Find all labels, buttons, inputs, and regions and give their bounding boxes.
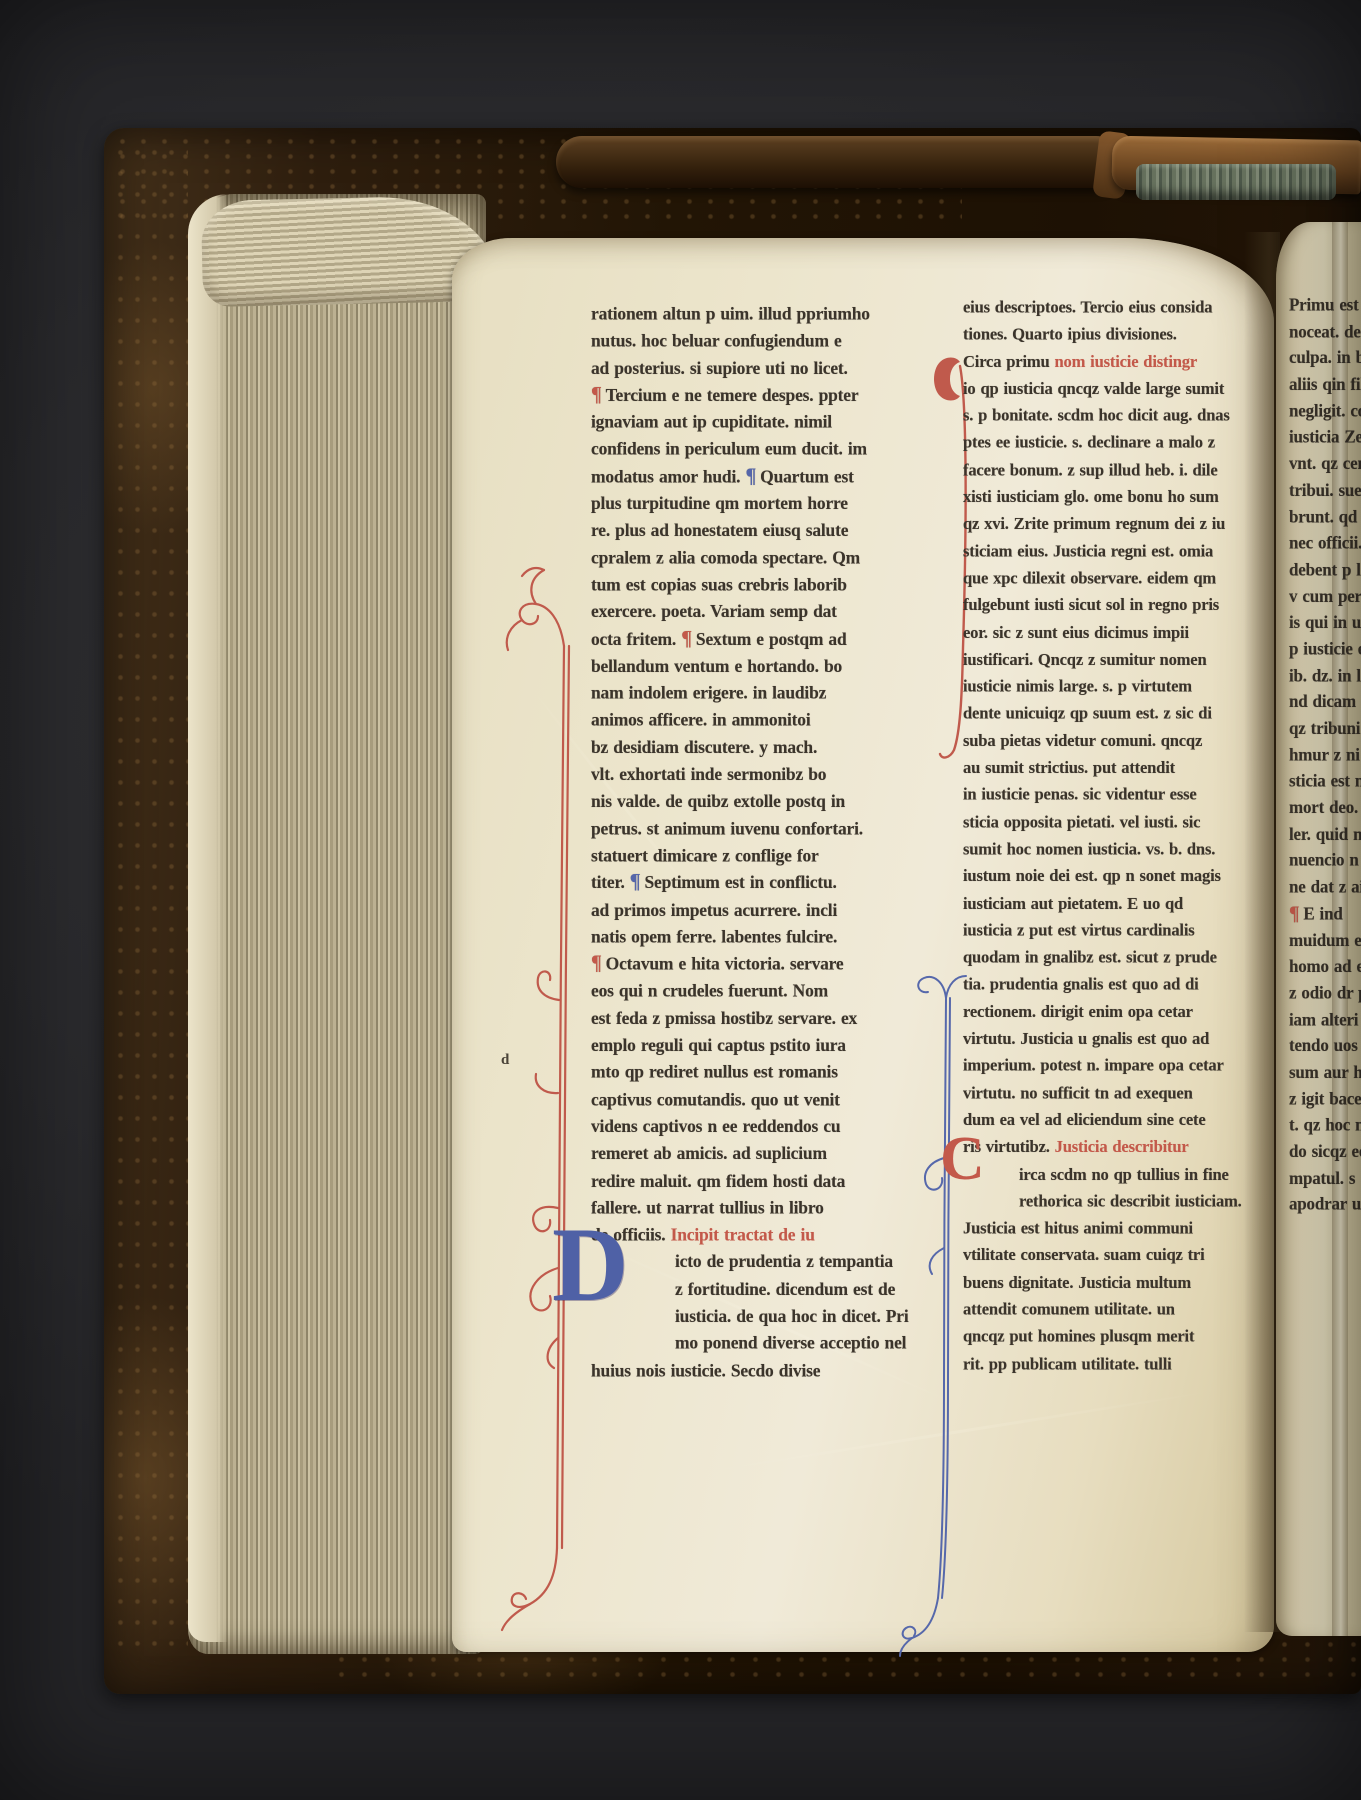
text-column-sliver: Primu est bnoceat. demculpa. in boaliis …: [1289, 292, 1361, 1218]
manuscript-line: statuert dimicare z conflige for: [591, 842, 943, 869]
text-segment: E ind: [1303, 904, 1342, 924]
text-segment: ler. quid n: [1289, 824, 1361, 844]
manuscript-line: emplo reguli qui captus pstito iura: [591, 1031, 943, 1058]
text-segment: noceat. dem: [1289, 322, 1361, 342]
manuscript-line: iusticia Ze: [1289, 424, 1361, 450]
text-segment: rit. pp publicam utilitate. tulli: [963, 1353, 1172, 1373]
manuscript-line: ad posterius. si supiore uti no licet.: [591, 354, 943, 381]
text-segment: nuencio n: [1289, 851, 1359, 871]
text-segment: Justicia est hitus animi communi: [963, 1218, 1193, 1238]
manuscript-line: do sicqz eo: [1289, 1139, 1361, 1165]
text-segment: Sextum e postqm ad: [696, 628, 847, 649]
manuscript-line: fulgebunt iusti sicut sol in regno pris: [963, 592, 1263, 619]
manuscript-line: io qp iusticia qncqz valde large sumit: [963, 375, 1263, 402]
manuscript-line: rethorica sic describit iusticiam.: [963, 1188, 1263, 1215]
text-segment: vtilitate conservata. suam cuiqz tri: [963, 1245, 1205, 1265]
text-segment: cpralem z alia comoda spectare. Qm: [591, 547, 860, 568]
text-segment: re. plus ad honestatem eiusq salute: [591, 520, 848, 541]
manuscript-line: suba pietas videtur comuni. qncqz: [963, 727, 1263, 754]
text-segment: nom iusticie distingr: [1054, 351, 1197, 371]
text-segment: eius descriptoes. Tercio eius consida: [963, 297, 1212, 317]
text-segment: dente unicuiqz qp suum est. z sic di: [963, 703, 1212, 723]
text-segment: nd dicam e: [1289, 692, 1361, 712]
text-segment: animos afficere. in ammonitoi: [591, 709, 811, 730]
text-segment: is qui in ur: [1289, 613, 1361, 633]
manuscript-line: tia. prudentia gnalis est quo ad di: [963, 971, 1263, 998]
text-segment: exercere. poeta. Variam semp dat: [591, 601, 837, 622]
text-segment: iusticiam aut pietatem. E uo qd: [963, 893, 1183, 913]
manuscript-line: attendit comunem utilitate. un: [963, 1296, 1263, 1323]
text-segment: z igit bace: [1289, 1089, 1361, 1109]
text-segment: imperium. potest n. impare opa cetar: [963, 1055, 1224, 1075]
manuscript-line: remeret ab amicis. ad suplicium: [591, 1140, 943, 1167]
manuscript-line: homo ad e: [1289, 953, 1361, 979]
text-segment: ¶: [745, 465, 760, 488]
text-segment: sum aur h: [1289, 1062, 1361, 1082]
text-segment: ad primos impetus acurrere. incli: [591, 899, 837, 920]
manuscript-line: dum ea vel ad eliciendum sine cete: [963, 1107, 1263, 1134]
text-segment: tiones. Quarto ipius divisiones.: [963, 324, 1177, 344]
text-segment: confidens in periculum eum ducit. im: [591, 439, 867, 460]
text-segment: ¶: [591, 383, 606, 406]
manuscript-line: debent p la: [1289, 557, 1361, 583]
manuscript-line: irca scdm no qp tullius in fine: [963, 1161, 1263, 1188]
text-segment: z fortitudine. dicendum est de: [675, 1278, 895, 1299]
text-column-a: rationem altun p uim. illud ppriumhonutu…: [591, 300, 943, 1383]
manuscript-line: captivus comutandis. quo ut venit: [591, 1085, 943, 1112]
manuscript-line: tiones. Quarto ipius divisiones.: [963, 321, 1263, 348]
manuscript-line: aliis qin fil: [1289, 371, 1361, 397]
text-segment: eor. sic z sunt eius dicimus impii: [963, 622, 1189, 642]
manuscript-line: sticiam eius. Justicia regni est. omia: [963, 538, 1263, 565]
manuscript-line: z odio dr p: [1289, 980, 1361, 1006]
manuscript-line: z igit bace: [1289, 1086, 1361, 1112]
text-segment: emplo reguli qui captus pstito iura: [591, 1034, 846, 1055]
manuscript-line: imperium. potest n. impare opa cetar: [963, 1052, 1263, 1079]
manuscript-line: qncqz put homines plusqm merit: [963, 1323, 1263, 1350]
text-segment: s. p bonitate. scdm hoc dicit aug. dnas: [963, 405, 1230, 425]
text-segment: iusticia. de qua hoc in dicet. Pri: [675, 1305, 909, 1326]
manuscript-line: tum est copias suas crebris laborib: [591, 571, 943, 598]
text-segment: xisti iusticiam glo. ome bonu ho sum: [963, 487, 1219, 507]
manuscript-line: vlt. exhortati inde sermonibz bo: [591, 760, 943, 787]
manuscript-line: iusticie nimis large. s. p virtutem: [963, 673, 1263, 700]
manuscript-line: eor. sic z sunt eius dicimus impii: [963, 619, 1263, 646]
text-segment: sticia opposita pietati. vel iusti. sic: [963, 812, 1200, 832]
text-segment: videns captivos n ee reddendos cu: [591, 1116, 840, 1137]
text-segment: qz xvi. Zrite primum regnum dei z iu: [963, 514, 1225, 534]
text-segment: suba pietas videtur comuni. qncqz: [963, 730, 1202, 750]
manuscript-line: culpa. in bo: [1289, 345, 1361, 371]
manuscript-line: t. qz hoc n: [1289, 1112, 1361, 1138]
text-segment: iusticia Ze: [1289, 427, 1361, 447]
text-segment: icto de prudentia z tempantia: [675, 1251, 893, 1272]
fanned-page-edges: [188, 194, 486, 1654]
manuscript-line: ib. dz. in l.: [1289, 662, 1361, 688]
text-segment: in iusticie penas. sic videntur esse: [963, 785, 1197, 805]
manuscript-line: apodrar u: [1289, 1192, 1361, 1218]
text-segment: iustum noie dei est. qp n sonet magis: [963, 866, 1221, 886]
text-segment: hmur z ni: [1289, 745, 1360, 765]
manuscript-line: mto qp rediret nullus est romanis: [591, 1058, 943, 1085]
text-segment: sticiam eius. Justicia regni est. omia: [963, 541, 1213, 561]
text-segment: p iusticie e: [1289, 639, 1361, 659]
text-segment: fulgebunt iusti sicut sol in regno pris: [963, 595, 1219, 615]
text-segment: mort deo. s: [1289, 798, 1361, 818]
text-segment: au sumit strictius. put attendit: [963, 758, 1175, 778]
manuscript-line: iusticiam aut pietatem. E uo qd: [963, 890, 1263, 917]
cover-tooling-left: [112, 142, 188, 1662]
manuscript-line: fallere. ut narrat tullius in libro: [591, 1194, 943, 1221]
text-segment: vlt. exhortati inde sermonibz bo: [591, 764, 826, 785]
manuscript-line: z fortitudine. dicendum est de: [591, 1275, 943, 1302]
manuscript-line: au sumit strictius. put attendit: [963, 754, 1263, 781]
text-segment: plus turpitudine qm mortem horre: [591, 493, 848, 514]
manuscript-line: octa fritem. ¶Sextum e postqm ad: [591, 625, 943, 652]
manuscript-line: icto de prudentia z tempantia: [591, 1248, 943, 1275]
manuscript-line: cpralem z alia comoda spectare. Qm: [591, 544, 943, 571]
text-segment: iam alteri: [1289, 1009, 1358, 1029]
manuscript-photo-scene: rationem altun p uim. illud ppriumhonutu…: [0, 0, 1361, 1800]
manuscript-line: iam alteri: [1289, 1006, 1361, 1032]
text-segment: ¶: [1289, 903, 1303, 925]
manuscript-line: modatus amor hudi. ¶Quartum est: [591, 463, 943, 490]
text-segment: octa fritem.: [591, 628, 681, 649]
text-segment: Incipit tractat de iu: [671, 1224, 815, 1245]
text-segment: Justicia describitur: [1055, 1137, 1189, 1157]
text-segment: iusticie nimis large. s. p virtutem: [963, 676, 1192, 696]
text-segment: redire maluit. qm fidem hosti data: [591, 1170, 845, 1191]
text-segment: huius nois iusticie. Secdo divise: [591, 1359, 820, 1380]
manuscript-line: exercere. poeta. Variam semp dat: [591, 598, 943, 625]
spine-roll-dark: [556, 136, 1122, 188]
text-segment: dum ea vel ad eliciendum sine cete: [963, 1110, 1206, 1130]
manuscript-line: mpatul. s: [1289, 1165, 1361, 1191]
manuscript-line: iusticia z put est virtus cardinalis: [963, 917, 1263, 944]
manuscript-line: sticia est n: [1289, 768, 1361, 794]
manuscript-line: natis opem ferre. labentes fulcire.: [591, 923, 943, 950]
text-column-b: eius descriptoes. Tercio eius considatio…: [963, 294, 1263, 1377]
manuscript-line: sticia opposita pietati. vel iusti. sic: [963, 809, 1263, 836]
manuscript-line: nam indolem erigere. in laudibz: [591, 679, 943, 706]
manuscript-line: buens dignitate. Justicia multum: [963, 1269, 1263, 1296]
text-segment: rationem altun p uim. illud ppriumho: [591, 303, 870, 324]
manuscript-line: nuencio n: [1289, 848, 1361, 874]
manuscript-line: nis valde. de quibz extolle postq in: [591, 788, 943, 815]
manuscript-line: muidum e: [1289, 927, 1361, 953]
manuscript-line: est feda z pmissa hostibz servare. ex: [591, 1004, 943, 1031]
text-segment: sticia est n: [1289, 771, 1361, 791]
manuscript-line: ne dat z ai: [1289, 874, 1361, 900]
text-segment: ¶: [681, 627, 696, 650]
text-segment: t. qz hoc n: [1289, 1115, 1361, 1135]
manuscript-line: negligit. co: [1289, 398, 1361, 424]
manuscript-line: ad primos impetus acurrere. incli: [591, 896, 943, 923]
manuscript-line: nec officii. s: [1289, 530, 1361, 556]
manuscript-line: facere bonum. z sup illud heb. i. dile: [963, 457, 1263, 484]
text-segment: est feda z pmissa hostibz servare. ex: [591, 1007, 857, 1028]
text-segment: Primu est b: [1289, 295, 1361, 315]
manuscript-line: ¶Octavum e hita victoria. servare: [591, 950, 943, 977]
text-segment: tia. prudentia gnalis est quo ad di: [963, 974, 1199, 994]
manuscript-line: petrus. st animum iuvenu confortari.: [591, 815, 943, 842]
manuscript-line: ignaviam aut ip cupiditate. nimil: [591, 408, 943, 435]
green-endband: [1136, 164, 1336, 200]
manuscript-line: de officiis. Incipit tractat de iu: [591, 1221, 943, 1248]
text-segment: ¶: [630, 871, 645, 894]
text-segment: titer.: [591, 872, 630, 893]
manuscript-line: virtutu. Justicia u gnalis est quo ad: [963, 1025, 1263, 1052]
manuscript-line: p iusticie e: [1289, 636, 1361, 662]
manuscript-line: titer. ¶Septimum est in conflictu.: [591, 869, 943, 896]
text-segment: nutus. hoc beluar confugiendum e: [591, 330, 842, 351]
text-segment: eos qui n crudeles fuerunt. Nom: [591, 980, 828, 1001]
manuscript-line: huius nois iusticie. Secdo divise: [591, 1356, 943, 1383]
manuscript-line: tendo uos: [1289, 1033, 1361, 1059]
text-segment: aliis qin fil: [1289, 374, 1361, 394]
manuscript-line: plus turpitudine qm mortem horre: [591, 490, 943, 517]
manuscript-line: rit. pp publicam utilitate. tulli: [963, 1350, 1263, 1377]
text-segment: Quartum est: [760, 466, 854, 487]
text-segment: remeret ab amicis. ad suplicium: [591, 1143, 827, 1164]
text-segment: qncqz put homines plusqm merit: [963, 1326, 1194, 1346]
text-segment: ptes ee iusticie. s. declinare a malo z: [963, 433, 1215, 453]
manuscript-line: eos qui n crudeles fuerunt. Nom: [591, 977, 943, 1004]
text-segment: tendo uos: [1289, 1036, 1358, 1056]
text-segment: quodam in gnalibz est. sicut z prude: [963, 947, 1217, 967]
manuscript-line: ¶Tercium e ne temere despes. ppter: [591, 381, 943, 408]
manuscript-line: sum aur h: [1289, 1059, 1361, 1085]
manuscript-line: Circa primu nom iusticie distingr: [963, 348, 1263, 375]
illuminated-initial-d: D: [552, 1212, 629, 1318]
text-segment: Octavum e hita victoria. servare: [606, 953, 844, 974]
text-segment: apodrar u: [1289, 1195, 1361, 1215]
manuscript-line: animos afficere. in ammonitoi: [591, 706, 943, 733]
text-segment: iusticia z put est virtus cardinalis: [963, 920, 1195, 940]
text-segment: ib. dz. in l.: [1289, 666, 1361, 686]
manuscript-line: hmur z ni: [1289, 742, 1361, 768]
text-segment: homo ad e: [1289, 957, 1361, 977]
text-segment: io qp iusticia qncqz valde large sumit: [963, 378, 1224, 398]
manuscript-line: ler. quid n: [1289, 821, 1361, 847]
text-segment: Septimum est in conflictu.: [644, 872, 836, 893]
manuscript-line: bellandum ventum e hortando. bo: [591, 652, 943, 679]
manuscript-line: virtutu. no sufficit tn ad exequen: [963, 1079, 1263, 1106]
manuscript-line: rectionem. dirigit enim opa cetar: [963, 998, 1263, 1025]
manuscript-line: noceat. dem: [1289, 318, 1361, 344]
text-segment: buens dignitate. Justicia multum: [963, 1272, 1191, 1292]
text-segment: que xpc dilexit observare. eidem qm: [963, 568, 1216, 588]
text-segment: rethorica sic describit iusticiam.: [1019, 1191, 1242, 1211]
text-segment: negligit. co: [1289, 401, 1361, 421]
manuscript-line: iusticia. de qua hoc in dicet. Pri: [591, 1302, 943, 1329]
margin-note: d: [501, 1052, 509, 1069]
manuscript-line: vnt. qz cen: [1289, 451, 1361, 477]
manuscript-line: tribui. sue: [1289, 477, 1361, 503]
manuscript-line: quodam in gnalibz est. sicut z prude: [963, 944, 1263, 971]
text-segment: do sicqz eo: [1289, 1142, 1361, 1162]
text-segment: ¶: [591, 952, 606, 975]
manuscript-line: mo ponend diverse acceptio nel: [591, 1329, 943, 1356]
manuscript-line: ptes ee iusticie. s. declinare a malo z: [963, 429, 1263, 456]
text-segment: Tercium e ne temere despes. ppter: [606, 384, 859, 405]
manuscript-line: que xpc dilexit observare. eidem qm: [963, 565, 1263, 592]
text-segment: nam indolem erigere. in laudibz: [591, 682, 826, 703]
manuscript-line: ris virtutibz. Justicia describitur: [963, 1134, 1263, 1161]
manuscript-line: v cum per e: [1289, 583, 1361, 609]
text-segment: bellandum ventum e hortando. bo: [591, 655, 842, 676]
text-segment: muidum e: [1289, 930, 1361, 950]
text-segment: culpa. in bo: [1289, 348, 1361, 368]
text-segment: mo ponend diverse acceptio nel: [675, 1332, 906, 1353]
text-segment: rectionem. dirigit enim opa cetar: [963, 1001, 1193, 1021]
text-segment: nec officii. s: [1289, 533, 1361, 553]
manuscript-line: iustum noie dei est. qp n sonet magis: [963, 863, 1263, 890]
text-segment: vnt. qz cen: [1289, 454, 1361, 474]
manuscript-line: iustificari. Qncqz z sumitur nomen: [963, 646, 1263, 673]
text-segment: captivus comutandis. quo ut venit: [591, 1089, 840, 1110]
text-segment: virtutu. Justicia u gnalis est quo ad: [963, 1028, 1209, 1048]
text-segment: iustificari. Qncqz z sumitur nomen: [963, 649, 1207, 669]
text-segment: mpatul. s: [1289, 1168, 1355, 1188]
manuscript-line: s. p bonitate. scdm hoc dicit aug. dnas: [963, 402, 1263, 429]
manuscript-line: dente unicuiqz qp suum est. z sic di: [963, 700, 1263, 727]
manuscript-line: Primu est b: [1289, 292, 1361, 318]
manuscript-line: is qui in ur: [1289, 609, 1361, 635]
text-segment: statuert dimicare z conflige for: [591, 845, 819, 866]
text-segment: tum est copias suas crebris laborib: [591, 574, 847, 595]
manuscript-line: vtilitate conservata. suam cuiqz tri: [963, 1242, 1263, 1269]
manuscript-line: sumit hoc nomen iusticia. vs. b. dns.: [963, 836, 1263, 863]
manuscript-line: ¶E ind: [1289, 901, 1361, 927]
manuscript-line: redire maluit. qm fidem hosti data: [591, 1167, 943, 1194]
manuscript-line: confidens in periculum eum ducit. im: [591, 435, 943, 462]
text-segment: brunt. qd o: [1289, 507, 1361, 527]
text-segment: virtutu. no sufficit tn ad exequen: [963, 1083, 1193, 1103]
text-segment: qz tribuni: [1289, 718, 1360, 738]
manuscript-line: xisti iusticiam glo. ome bonu ho sum: [963, 484, 1263, 511]
manuscript-line: videns captivos n ee reddendos cu: [591, 1113, 943, 1140]
manuscript-line: eius descriptoes. Tercio eius consida: [963, 294, 1263, 321]
manuscript-line: re. plus ad honestatem eiusq salute: [591, 517, 943, 544]
manuscript-line: brunt. qd o: [1289, 504, 1361, 530]
text-segment: ignaviam aut ip cupiditate. nimil: [591, 411, 832, 432]
text-segment: attendit comunem utilitate. un: [963, 1299, 1175, 1319]
text-segment: v cum per e: [1289, 586, 1361, 606]
text-segment: modatus amor hudi.: [591, 466, 745, 487]
text-segment: debent p la: [1289, 560, 1361, 580]
manuscript-line: qz xvi. Zrite primum regnum dei z iu: [963, 511, 1263, 538]
manuscript-line: mort deo. s: [1289, 795, 1361, 821]
manuscript-line: Justicia est hitus animi communi: [963, 1215, 1263, 1242]
manuscript-line: nutus. hoc beluar confugiendum e: [591, 327, 943, 354]
text-segment: mto qp rediret nullus est romanis: [591, 1061, 838, 1082]
manuscript-line: rationem altun p uim. illud ppriumho: [591, 300, 943, 327]
text-segment: z odio dr p: [1289, 983, 1361, 1003]
text-segment: facere bonum. z sup illud heb. i. dile: [963, 460, 1218, 480]
text-segment: sumit hoc nomen iusticia. vs. b. dns.: [963, 839, 1215, 859]
text-segment: bz desidiam discutere. y mach.: [591, 736, 817, 757]
page-stack-highlight: [188, 194, 228, 1642]
manuscript-line: in iusticie penas. sic videntur esse: [963, 782, 1263, 809]
text-segment: nis valde. de quibz extolle postq in: [591, 791, 845, 812]
text-segment: Circa primu: [963, 351, 1054, 371]
manuscript-line: bz desidiam discutere. y mach.: [591, 733, 943, 760]
manuscript-line: qz tribuni: [1289, 715, 1361, 741]
text-segment: ad posterius. si supiore uti no licet.: [591, 357, 848, 378]
text-segment: natis opem ferre. labentes fulcire.: [591, 926, 837, 947]
text-segment: tribui. sue: [1289, 480, 1361, 500]
manuscript-line: nd dicam e: [1289, 689, 1361, 715]
text-segment: ne dat z ai: [1289, 877, 1361, 897]
text-segment: irca scdm no qp tullius in fine: [1019, 1164, 1229, 1184]
text-segment: petrus. st animum iuvenu confortari.: [591, 818, 863, 839]
rubricated-initial-c: C: [940, 1128, 985, 1190]
